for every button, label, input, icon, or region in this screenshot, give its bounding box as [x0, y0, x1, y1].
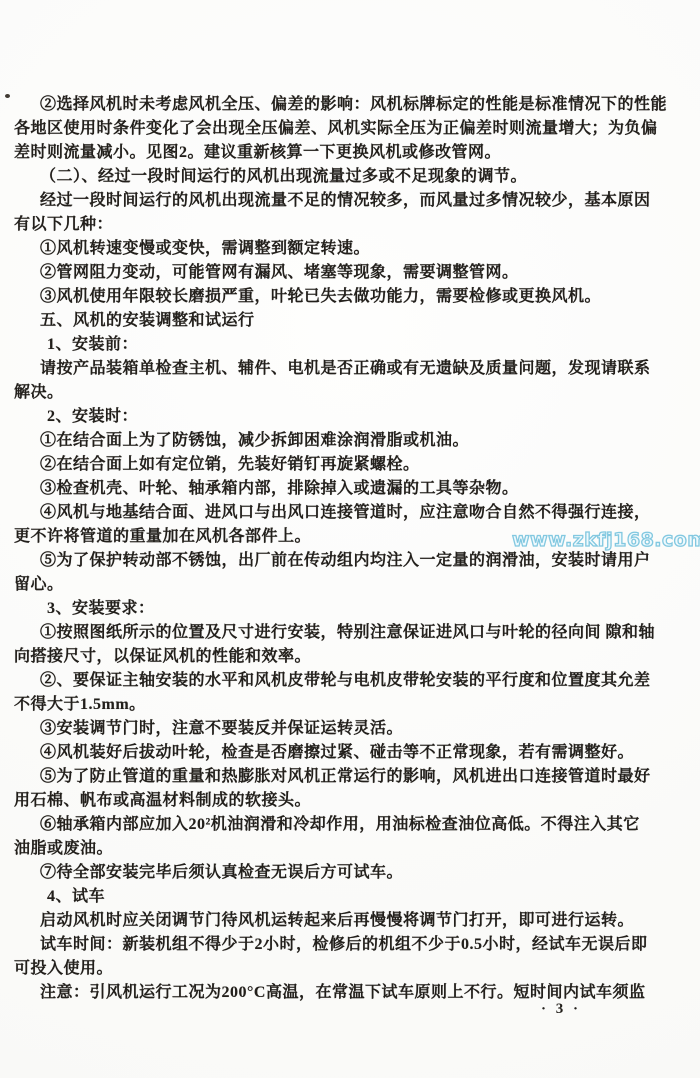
text-line: 请按产品装箱单检查主机、辅件、电机是否正确或有无遗缺及质量问题，发现请联系 [14, 357, 688, 381]
text-line: ②管网阻力变动，可能管网有漏风、堵塞等现象，需要调整管网。 [14, 261, 688, 285]
text-line: 注意：引风机运行工况为200°C高温，在常温下试车原则上不行。短时间内试车须监 [14, 981, 688, 1005]
text-line: 用石棉、帆布或高温材料制成的软接头。 [14, 789, 688, 813]
text-line: （二）、经过一段时间运行的风机出现流量过多或不足现象的调节。 [14, 165, 688, 189]
text-line: ②选择风机时未考虑风机全压、偏差的影响：风机标牌标定的性能是标准情况下的性能 [14, 93, 688, 117]
ink-speck [5, 94, 10, 98]
text-line: ③检查机壳、叶轮、轴承箱内部，排除掉入或遗漏的工具等杂物。 [14, 477, 688, 501]
text-line: 4、试车 [14, 885, 688, 909]
text-line: ②在结合面上如有定位销，先装好销钉再旋紧螺栓。 [14, 453, 688, 477]
text-line: 向搭接尺寸，以保证风机的性能和效率。 [14, 645, 688, 669]
text-line: ③安装调节门时，注意不要装反并保证运转灵活。 [14, 717, 688, 741]
text-line: 试车时间：新装机组不得少于2小时，检修后的机组不少于0.5小时，经试车无误后即 [14, 933, 688, 957]
text-line: ⑦待全部安装完毕后须认真检查无误后方可试车。 [14, 861, 688, 885]
text-line: 不得大于1.5mm。 [14, 693, 688, 717]
text-line: ⑤为了防止管道的重量和热膨胀对风机正常运行的影响，风机进出口连接管道时最好 [14, 765, 688, 789]
text-line: 启动风机时应关闭调节门待风机运转起来后再慢慢将调节门打开，即可进行运转。 [14, 909, 688, 933]
text-line: ⑤为了保护转动部不锈蚀，出厂前在传动组内均注入一定量的润滑油，安装时请用户 [14, 549, 688, 573]
text-line: ②、要保证主轴安装的水平和风机皮带轮与电机皮带轮安装的平行度和位置度其允差 [14, 669, 688, 693]
text-line: 2、安装时： [14, 405, 688, 429]
text-line: 各地区使用时条件变化了会出现全压偏差、风机实际全压为正偏差时则流量增大；为负偏 [14, 117, 688, 141]
text-line: 3、安装要求： [14, 597, 688, 621]
text-line: ①风机转速变慢或变快，需调整到额定转速。 [14, 237, 688, 261]
text-line: 有以下几种： [14, 213, 688, 237]
watermark-text: www.zkfj168.com [512, 529, 700, 551]
text-line: 可投入使用。 [14, 957, 688, 981]
text-line: 1、安装前： [14, 333, 688, 357]
text-line: 经过一段时间运行的风机出现流量不足的情况较多，而风量过多情况较少，基本原因 [14, 189, 688, 213]
text-line: ①按照图纸所示的位置及尺寸进行安装，特别注意保证进风口与叶轮的径向间 隙和轴 [14, 621, 688, 645]
text-line: 差时则流量减小。见图2。建议重新核算一下更换风机或修改管网。 [14, 141, 688, 165]
text-line: ③风机使用年限较长磨损严重，叶轮已失去做功能力，需要检修或更换风机。 [14, 285, 688, 309]
text-line: 油脂或废油。 [14, 837, 688, 861]
page-number: · 3 · [541, 1001, 581, 1018]
text-line: 解决。 [14, 381, 688, 405]
text-line: ④风机与地基结合面、进风口与出风口连接管道时，应注意吻合自然不得强行连接， [14, 501, 688, 525]
text-line: ⑥轴承箱内部应加入20²机油润滑和冷却作用，用油标检查油位高低。不得注入其它 [14, 813, 688, 837]
text-line: ①在结合面上为了防锈蚀，减少拆卸困难涂润滑脂或机油。 [14, 429, 688, 453]
text-line: 留心。 [14, 573, 688, 597]
text-line: ④风机装好后拔动叶轮，检查是否磨擦过紧、碰击等不正常现象，若有需调整好。 [14, 741, 688, 765]
scanned-document-page: ②选择风机时未考虑风机全压、偏差的影响：风机标牌标定的性能是标准情况下的性能各地… [0, 0, 700, 1078]
text-line: 五、风机的安装调整和试运行 [14, 309, 688, 333]
